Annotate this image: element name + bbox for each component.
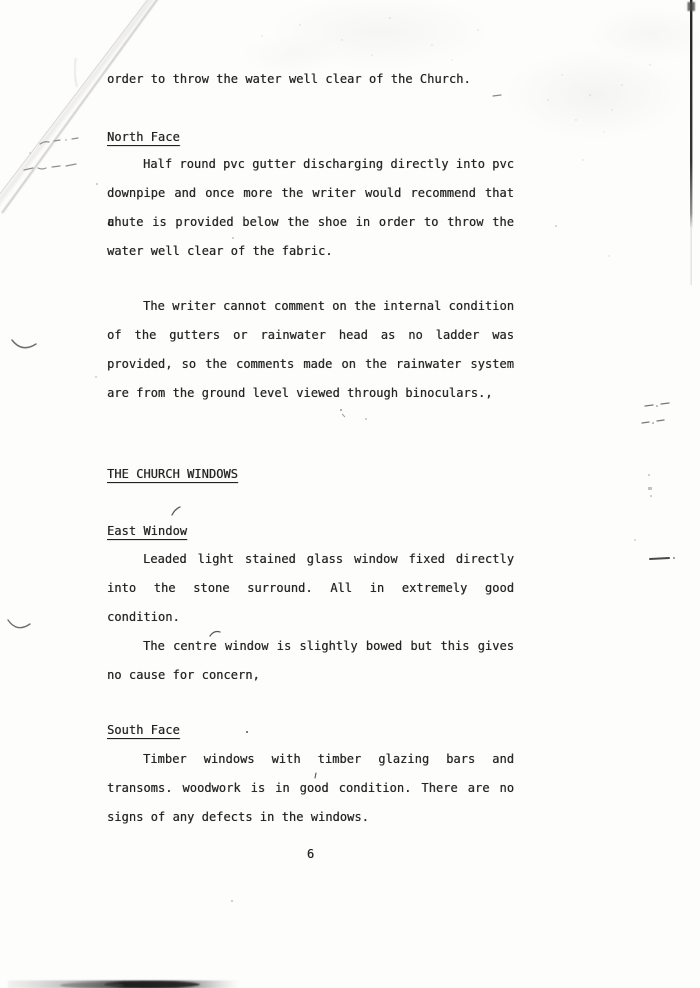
section-heading-south-face: South Face bbox=[107, 716, 514, 745]
paragraph-north-face-1: Half round pvc gutter discharging direct… bbox=[107, 150, 514, 266]
page-number: 6 bbox=[107, 840, 514, 869]
text-line: provided, so the comments made on the ra… bbox=[107, 350, 514, 379]
text-line: downpipe and once more the writer would … bbox=[107, 179, 514, 208]
text-line: signs of any defects in the windows. bbox=[107, 803, 514, 832]
paragraph-continuation: order to throw the water well clear of t… bbox=[107, 65, 514, 94]
scan-edge-line bbox=[688, 0, 696, 285]
paragraph-north-face-2: The writer cannot comment on the interna… bbox=[107, 292, 514, 408]
text-line: of the gutters or rainwater head as no l… bbox=[107, 321, 514, 350]
scanned-document-page: order to throw the water well clear of t… bbox=[0, 0, 700, 988]
pencil-scribble bbox=[24, 138, 78, 170]
text-line: Timber windows with timber glazing bars … bbox=[107, 745, 514, 774]
text-line: are from the ground level viewed through… bbox=[107, 379, 514, 408]
text-line: The writer cannot comment on the interna… bbox=[107, 292, 514, 321]
section-heading-east-window: East Window bbox=[107, 517, 514, 546]
paragraph-east-window-2: The centre window is slightly bowed but … bbox=[107, 632, 514, 690]
text-line: chute is provided below the shoe in orde… bbox=[107, 208, 514, 237]
text-line: Leaded light stained glass window fixed … bbox=[107, 545, 514, 574]
text-line: transoms. woodwork is in good condition.… bbox=[107, 774, 514, 803]
paragraph-south-face-1: Timber windows with timber glazing bars … bbox=[107, 745, 514, 832]
text-column: order to throw the water well clear of t… bbox=[107, 0, 514, 988]
margin-dash-marks bbox=[642, 403, 675, 559]
paragraph-east-window-1: Leaded light stained glass window fixed … bbox=[107, 545, 514, 632]
section-heading-north-face: North Face bbox=[107, 123, 514, 152]
section-heading-church-windows: THE CHURCH WINDOWS bbox=[107, 460, 514, 489]
text-line: The centre window is slightly bowed but … bbox=[107, 632, 514, 661]
text-line: water well clear of the fabric. bbox=[107, 237, 514, 266]
margin-curve-mark bbox=[8, 340, 36, 628]
text-line: into the stone surround. All in extremel… bbox=[107, 574, 514, 603]
text-line: order to throw the water well clear of t… bbox=[107, 65, 514, 94]
text-line: Half round pvc gutter discharging direct… bbox=[107, 150, 514, 179]
text-line: no cause for concern, bbox=[107, 661, 514, 690]
text-line: condition. bbox=[107, 603, 514, 632]
